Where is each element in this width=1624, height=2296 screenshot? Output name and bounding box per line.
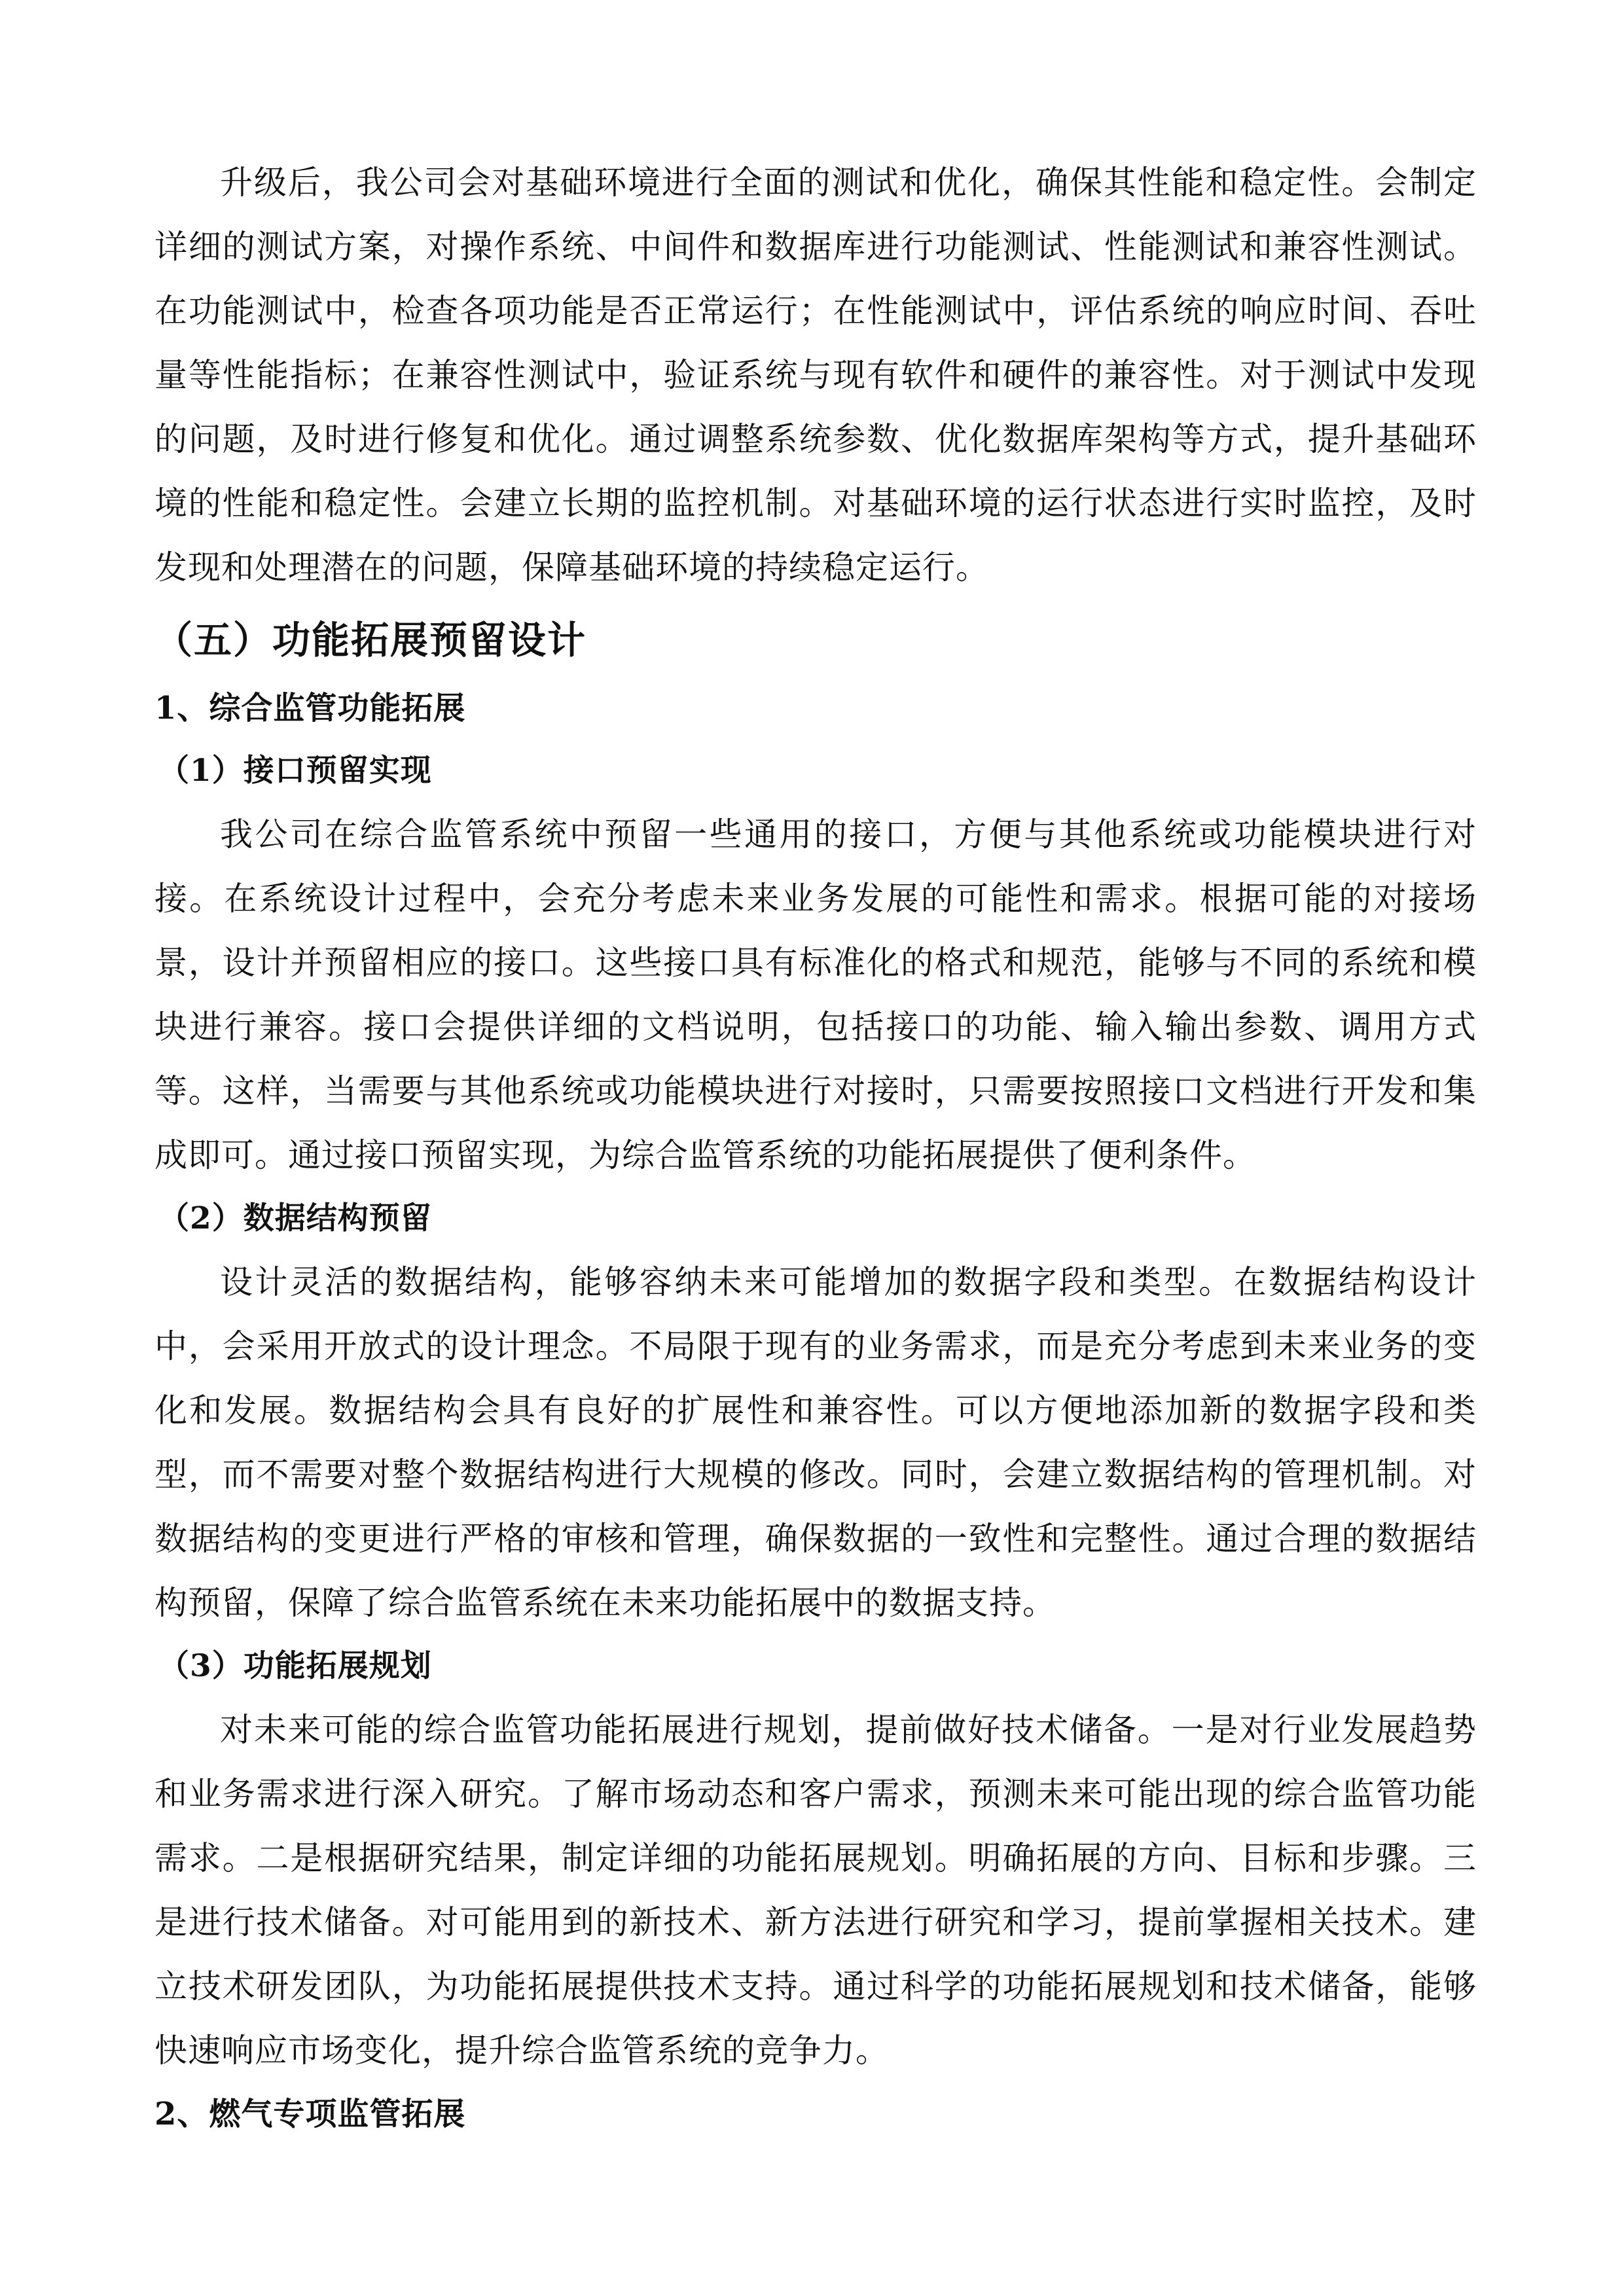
document-page: 升级后，我公司会对基础环境进行全面的测试和优化，确保其性能和稳定性。会制定详细的… [154, 151, 1477, 2145]
paragraph-data-structure: 设计灵活的数据结构，能够容纳未来可能增加的数据字段和类型。在数据结构设计中，会采… [154, 1250, 1477, 1635]
item-heading-extension-planning: （3）功能拓展规划 [154, 1635, 1477, 1698]
item-heading-data-structure: （2）数据结构预留 [154, 1187, 1477, 1250]
item-heading-interface-reservation: （1）接口预留实现 [154, 740, 1477, 802]
subsection-heading-supervision-extension: 1、综合监管功能拓展 [154, 677, 1477, 740]
paragraph-interface-reservation: 我公司在综合监管系统中预留一些通用的接口，方便与其他系统或功能模块进行对接。在系… [154, 802, 1477, 1187]
subsection-heading-gas-supervision: 2、燃气专项监管拓展 [154, 2083, 1477, 2145]
paragraph-upgrade-testing: 升级后，我公司会对基础环境进行全面的测试和优化，确保其性能和稳定性。会制定详细的… [154, 151, 1477, 600]
paragraph-extension-planning: 对未来可能的综合监管功能拓展进行规划，提前做好技术储备。一是对行业发展趋势和业务… [154, 1698, 1477, 2083]
section-heading-function-extension: （五）功能拓展预留设计 [154, 607, 1477, 673]
